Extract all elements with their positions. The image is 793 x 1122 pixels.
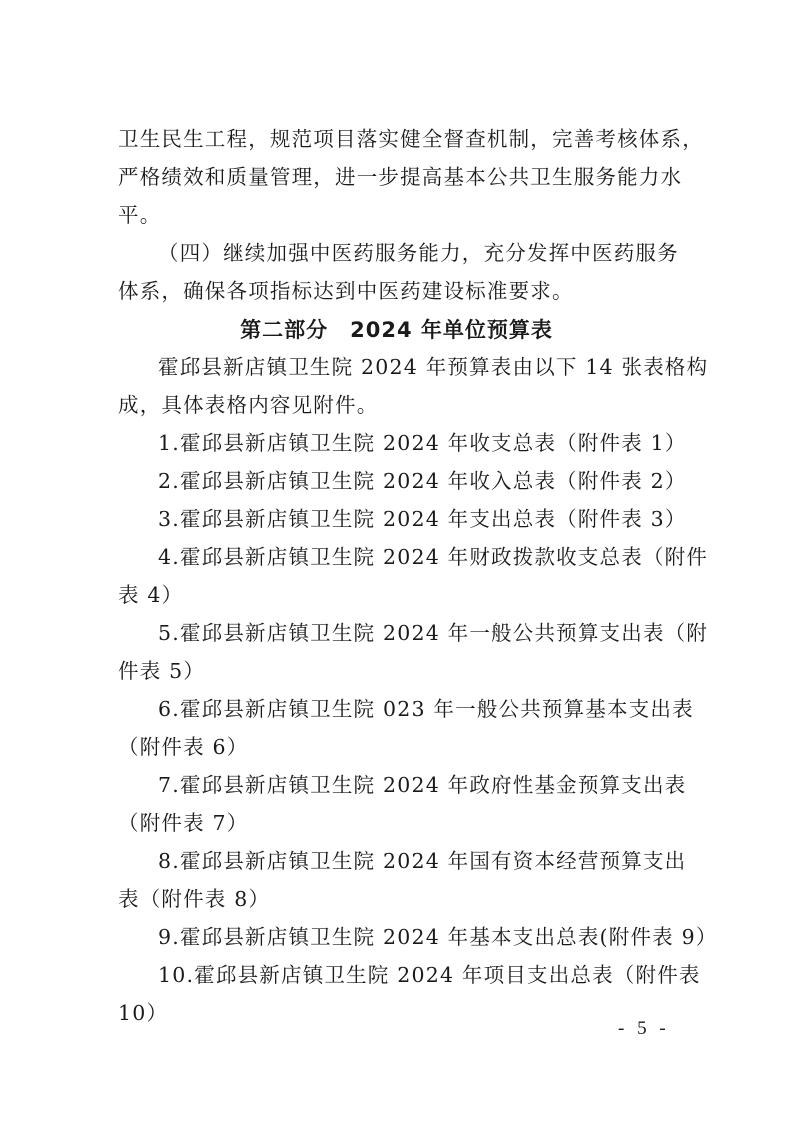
list-item: 5.霍邱县新店镇卫生院 2024 年一般公共预算支出表（附: [158, 620, 718, 646]
paragraph-line: 体系，确保各项指标达到中医药建设标准要求。: [118, 278, 678, 304]
list-item: 7.霍邱县新店镇卫生院 2024 年政府性基金预算支出表: [158, 772, 718, 798]
paragraph-line: 霍邱县新店镇卫生院 2024 年预算表由以下 14 张表格构: [158, 354, 718, 380]
list-item-continuation: 件表 5）: [118, 658, 678, 684]
section-heading: 第二部分 2024 年单位预算表: [0, 316, 793, 344]
list-item: 3.霍邱县新店镇卫生院 2024 年支出总表（附件表 3）: [158, 506, 718, 532]
paragraph-line: 严格绩效和质量管理，进一步提高基本公共卫生服务能力水: [118, 164, 678, 190]
list-item: 8.霍邱县新店镇卫生院 2024 年国有资本经营预算支出: [158, 848, 718, 874]
list-item-continuation: 表 4）: [118, 582, 678, 608]
list-item-continuation: 表（附件表 8）: [118, 886, 678, 912]
paragraph-line: 卫生民生工程，规范项目落实健全督查机制，完善考核体系，: [118, 126, 678, 152]
list-item-continuation: 10）: [118, 1000, 678, 1026]
paragraph-line: 成，具体表格内容见附件。: [118, 392, 678, 418]
page-number: - 5 -: [618, 1018, 670, 1040]
paragraph-line: 平。: [118, 202, 678, 228]
list-item: 6.霍邱县新店镇卫生院 023 年一般公共预算基本支出表: [158, 696, 718, 722]
list-item: 9.霍邱县新店镇卫生院 2024 年基本支出总表(附件表 9）: [158, 924, 718, 950]
list-item: 4.霍邱县新店镇卫生院 2024 年财政拨款收支总表（附件: [158, 544, 718, 570]
list-item-continuation: （附件表 7）: [118, 810, 678, 836]
list-item-continuation: （附件表 6）: [118, 734, 678, 760]
paragraph-line: （四）继续加强中医药服务能力，充分发挥中医药服务: [158, 240, 718, 266]
list-item: 10.霍邱县新店镇卫生院 2024 年项目支出总表（附件表: [158, 962, 718, 988]
list-item: 2.霍邱县新店镇卫生院 2024 年收入总表（附件表 2）: [158, 468, 718, 494]
list-item: 1.霍邱县新店镇卫生院 2024 年收支总表（附件表 1）: [158, 430, 718, 456]
document-page: 卫生民生工程，规范项目落实健全督查机制，完善考核体系， 严格绩效和质量管理，进一…: [0, 0, 793, 1122]
